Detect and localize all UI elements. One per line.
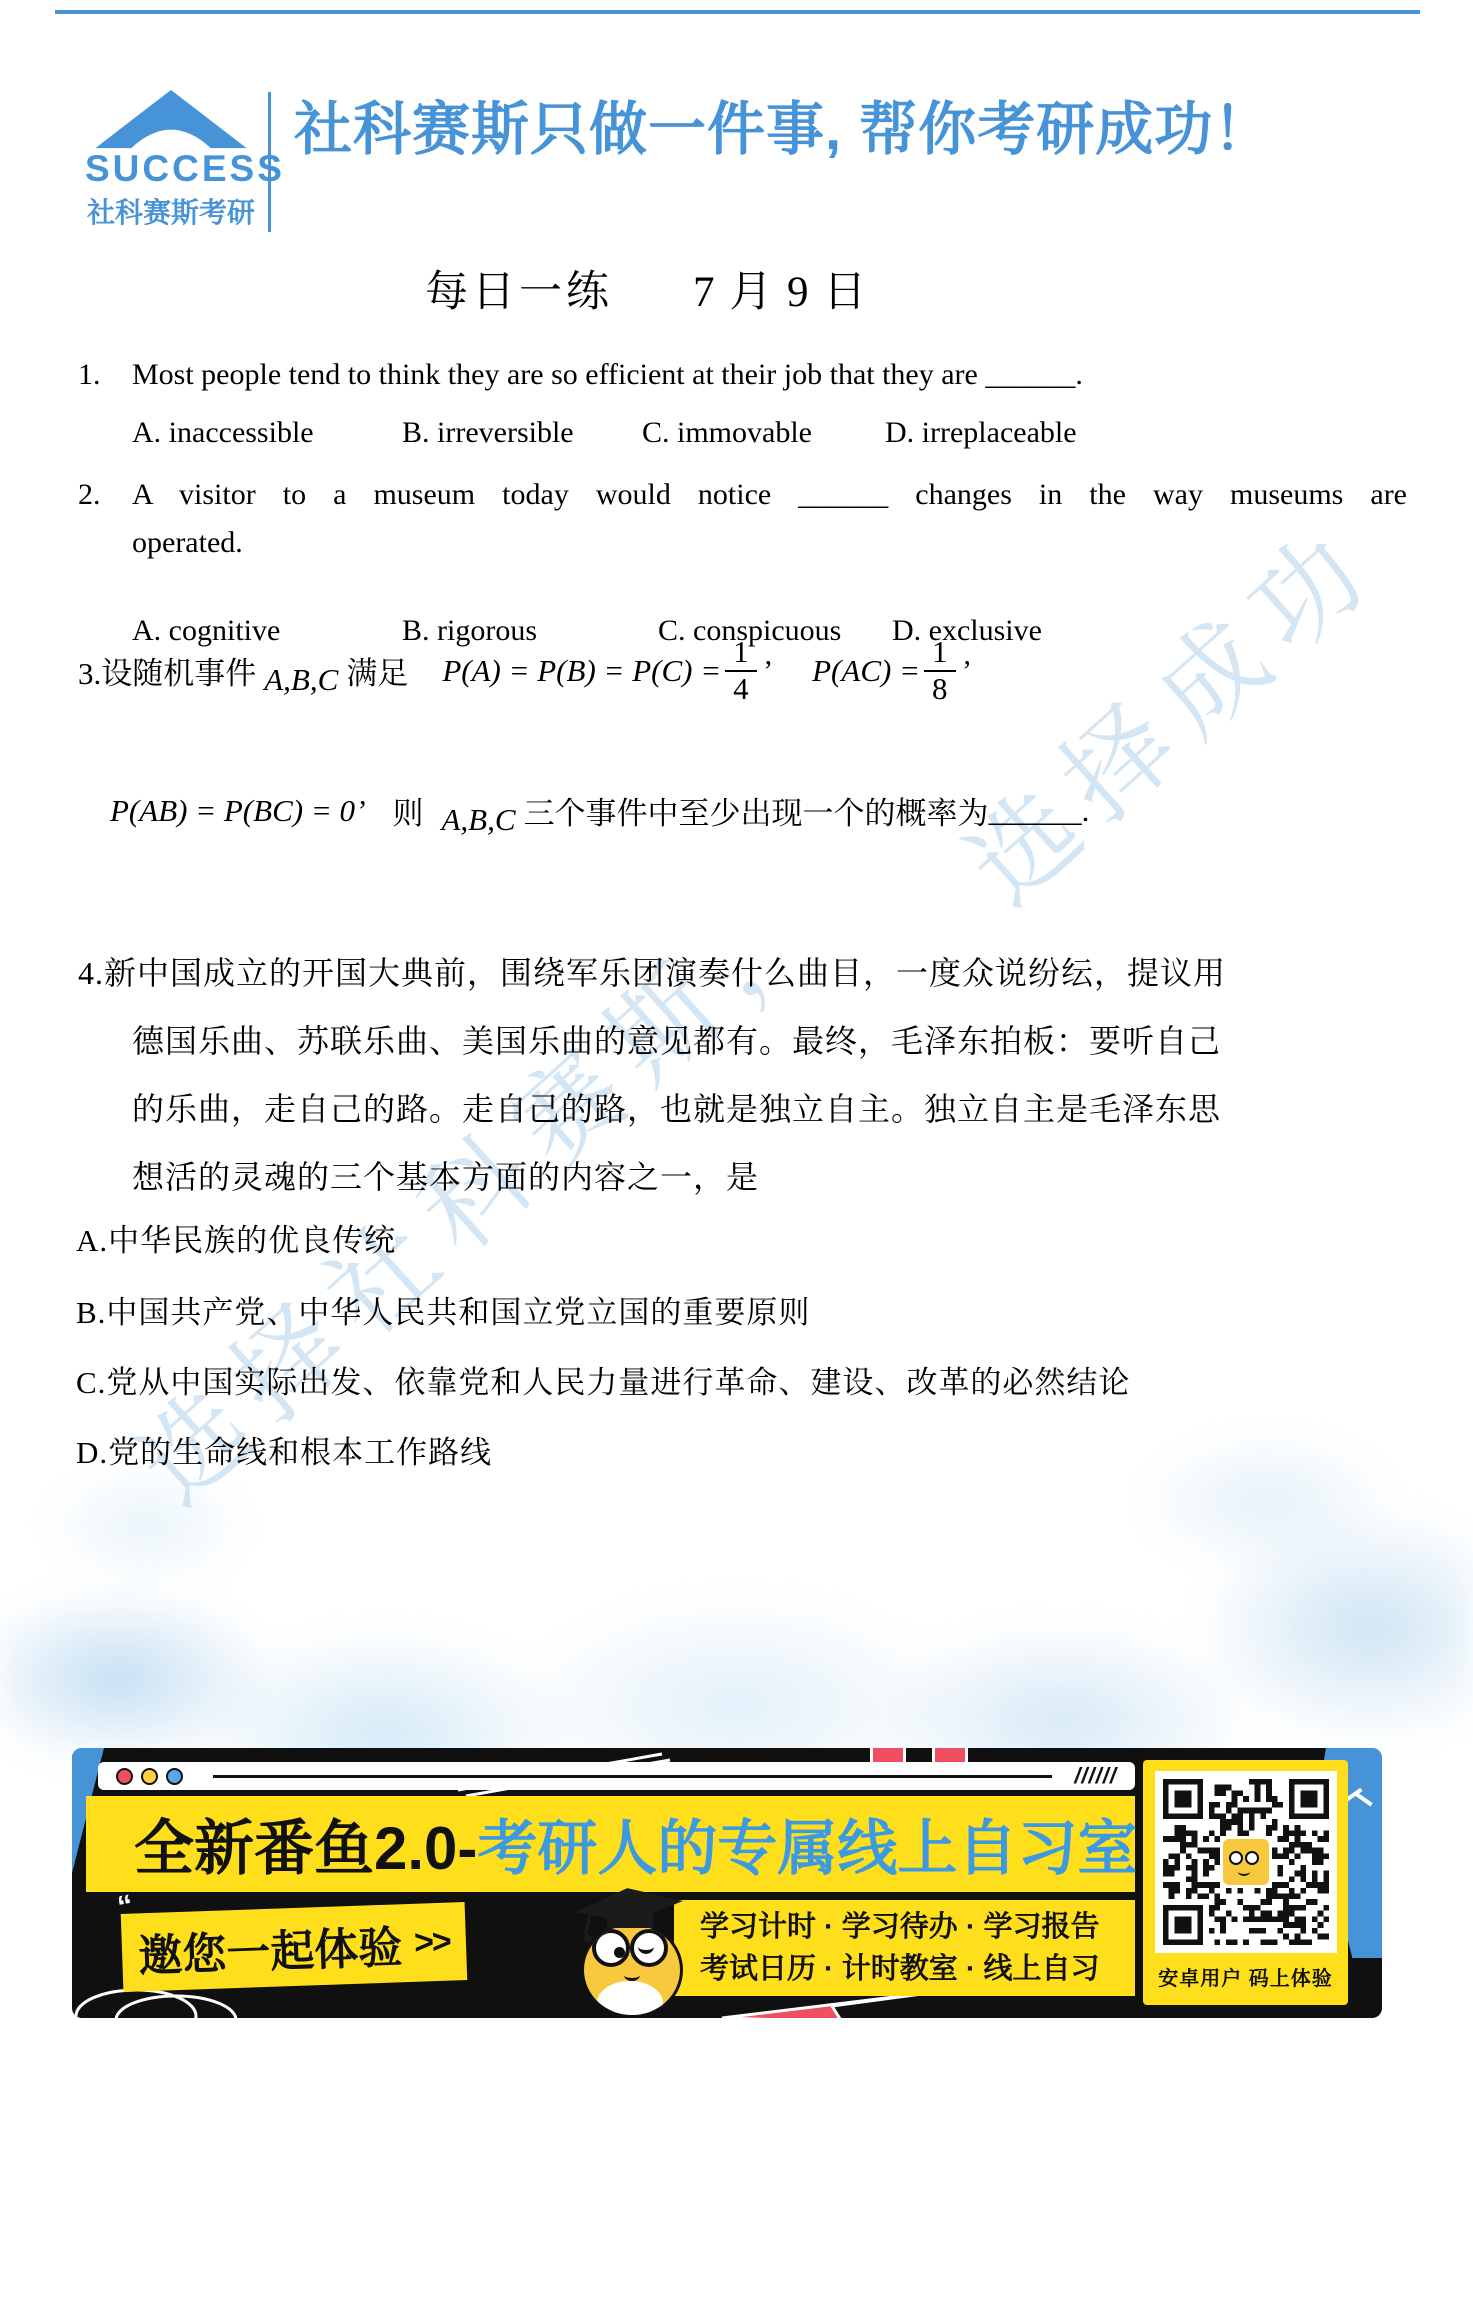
q4-option-d: D.党的生命线和根本工作路线 <box>76 1427 492 1472</box>
logo-sub-text: 社科赛斯考研 <box>85 191 257 231</box>
feature-line-2: 考试日历 · 计时教室 · 线上自习 <box>700 1948 1135 1990</box>
double-chevron-icon: >> <box>413 1922 450 1962</box>
q3-eq1-fraction: 1 4 <box>725 636 757 705</box>
question-2-line1: A visitor to a museum today would notice… <box>132 478 1407 512</box>
q1-option-d: D. irreplaceable <box>885 416 1077 450</box>
question-1-text: Most people tend to think they are so ef… <box>132 358 1407 392</box>
q3-tail: 三个事件中至少出现一个的概率为 <box>524 788 989 833</box>
slashes-decoration: ////// <box>1074 1763 1117 1789</box>
q1-option-b: B. irreversible <box>402 416 642 450</box>
q3-answer-blank: ______ <box>989 793 1082 829</box>
question-2: 2. A visitor to a museum today would not… <box>78 478 1407 560</box>
window-dot-yellow-icon <box>141 1768 158 1785</box>
invite-box: 邀您一起体验 >> <box>121 1902 468 1992</box>
question-3-line2: P(AB) = P(BC) = 0 , 则 A,B,C 三个事件中至少出现一个的… <box>110 788 1089 833</box>
question-1: 1. Most people tend to think they are so… <box>78 358 1407 392</box>
feature-list-box: 学习计时 · 学习待办 · 学习报告 考试日历 · 计时教室 · 线上自习 <box>674 1900 1135 1996</box>
q3-vars2: A,B,C <box>442 802 516 838</box>
browser-bar-line <box>213 1775 1052 1778</box>
question-1-options: A. inaccessible B. irreversible C. immov… <box>132 416 1077 450</box>
headline-blue-part: 考研人的专属线上自习室 <box>477 1801 1137 1887</box>
q3-satisfy: 满足 <box>346 648 408 693</box>
question-2-line2: operated. <box>132 526 1407 560</box>
header-tagline: 社科赛斯只做一件事, 帮你考研成功！ <box>294 94 1272 167</box>
q1-option-a: A. inaccessible <box>132 416 402 450</box>
q3-then: 则 <box>393 788 424 833</box>
q4-option-c: C.党从中国实际出发、依靠党和人民力量进行革命、建设、改革的必然结论 <box>76 1357 1130 1402</box>
banner-headline: 全新番鱼2.0- 考研人的专属线上自习室 <box>86 1796 1135 1892</box>
headline-black-part: 全新番鱼2.0- <box>134 1801 477 1887</box>
page-title: 每日一练 7 月 9 日 <box>425 258 868 319</box>
q3-vars: A,B,C <box>264 662 338 698</box>
q3-period: . <box>1082 793 1090 829</box>
question-4-line3: 的乐曲，走自己的路。走自己的路，也就是独立自主。独立自主是毛泽东思 <box>132 1084 1221 1130</box>
question-2-number: 2. <box>78 478 132 560</box>
q3-prefix: 3.设随机事件 <box>78 648 256 693</box>
page-content: SUCCESS 社科赛斯考研 社科赛斯只做一件事, 帮你考研成功！ 每日一练 7… <box>0 0 1473 2313</box>
qr-caption: 安卓用户 码上体验 <box>1143 1962 1348 1991</box>
mountain-icon <box>92 88 250 150</box>
pufferfish-mascot-icon <box>567 1890 697 2018</box>
question-3-line1: 3.设随机事件 A,B,C 满足 P(A) = P(B) = P(C) = 1 … <box>78 636 975 705</box>
q3-eq3: P(AB) = P(BC) = 0 <box>110 793 355 829</box>
window-dot-blue-icon <box>166 1768 183 1785</box>
q4-option-b: B.中国共产党、中华人民共和国立党立国的重要原则 <box>76 1287 810 1332</box>
q3-eq3-comma: , <box>359 778 367 812</box>
q3-eq2-fraction: 1 8 <box>924 636 956 705</box>
q3-eq2-lhs: P(AC) = <box>812 653 920 689</box>
title-name: 每日一练 <box>425 258 613 319</box>
title-date: 7 月 9 日 <box>693 258 868 319</box>
window-dot-red-icon <box>116 1768 133 1785</box>
header-divider <box>268 92 271 232</box>
qr-code <box>1155 1771 1337 1953</box>
ad-banner: “ ////// 全新番鱼2.0- 考研人的专属线上自习室 邀您一起体验 >> <box>72 1748 1382 2018</box>
q3-eq1-comma: , <box>765 638 773 672</box>
q3-eq1-lhs: P(A) = P(B) = P(C) = <box>442 653 721 689</box>
question-4-line2: 德国乐曲、苏联乐曲、美国乐曲的意见都有。最终，毛泽东拍板：要听自己 <box>132 1016 1221 1062</box>
q1-option-c: C. immovable <box>642 416 885 450</box>
qr-panel: 安卓用户 码上体验 <box>1143 1760 1348 2005</box>
q4-option-a: A.中华民族的优良传统 <box>76 1215 396 1260</box>
logo-brand-text: SUCCESS <box>85 150 257 189</box>
exam-sheet-page: 选择社科赛斯， 选择成功 SUCCESS 社科赛斯考研 社科赛斯只做一件事, 帮… <box>0 0 1473 2313</box>
success-logo: SUCCESS 社科赛斯考研 <box>85 88 257 231</box>
question-1-number: 1. <box>78 358 132 392</box>
qr-center-mascot-icon <box>1220 1836 1272 1888</box>
browser-window-bar: ////// <box>98 1762 1135 1790</box>
question-4-line4: 想活的灵魂的三个基本方面的内容之一，是 <box>132 1152 759 1198</box>
question-4-line1: 4.新中国成立的开国大典前，围绕军乐团演奏什么曲目，一度众说纷纭，提议用 <box>78 948 1226 994</box>
q3-eq2-comma: , <box>964 638 972 672</box>
feature-line-1: 学习计时 · 学习待办 · 学习报告 <box>700 1906 1135 1948</box>
invite-text: 邀您一起体验 <box>137 1911 403 1984</box>
top-rule <box>55 10 1420 14</box>
